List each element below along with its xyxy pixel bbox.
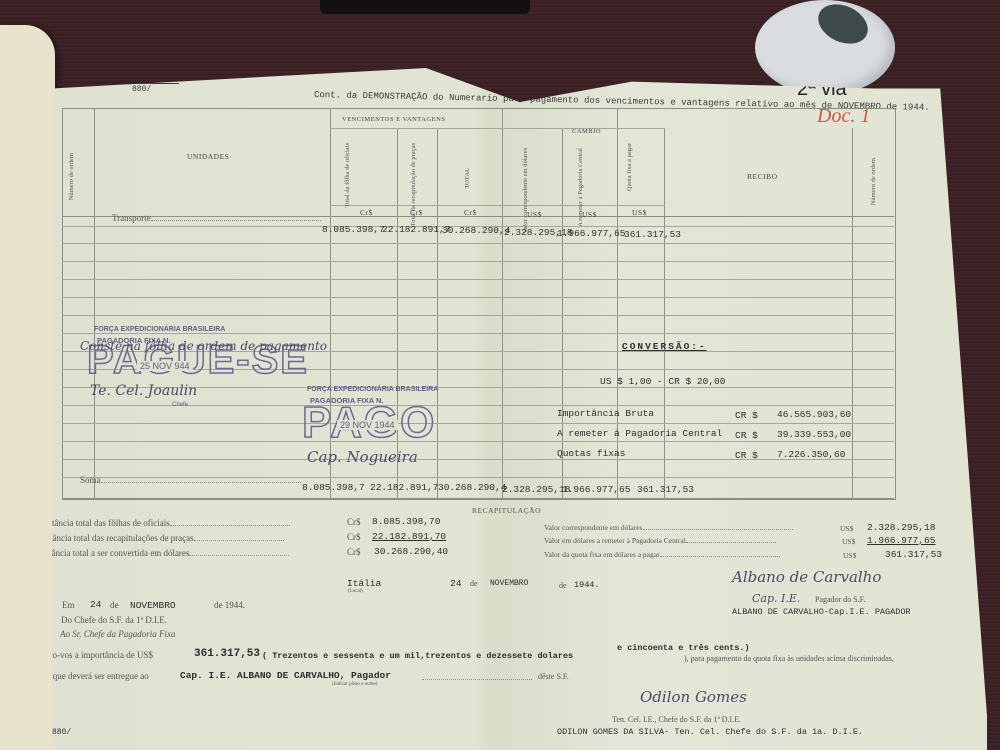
transporte-pracas: 22.182.891,7 [382, 224, 450, 235]
recap-left-1-cur: Cr$ [347, 532, 361, 542]
date-day: 24 [450, 578, 461, 589]
conv-label-0: Importância Bruta [557, 408, 654, 419]
paymaster-title-handwritten: Cap. I.E. [752, 592, 800, 605]
memo-dots [422, 672, 532, 682]
conversion-title: CONVERSÃO:- [622, 341, 707, 352]
conv-val-0: 46.565.903,60 [777, 409, 851, 420]
chief-name: ODILON GOMES DA SILVA- Ten. Cel. Chefe d… [557, 727, 863, 737]
col-header-numero: Número de ordem [68, 153, 75, 200]
memo-month: NOVEMBRO [130, 600, 176, 611]
conv-cur-1: CR $ [735, 430, 758, 441]
date-de: de [470, 579, 478, 588]
transporte-quota: 361.317,53 [624, 229, 681, 240]
stamp1-org: FORÇA EXPEDICIONÁRIA BRASILEIRA [94, 326, 225, 333]
unit-label: US$ [582, 210, 597, 219]
chief-title: Ten. Cel. I.E., Chefe do S.F. da 1ª D.I.… [612, 715, 741, 724]
conversion-rate: US $ 1,00 - CR $ 20,00 [600, 376, 725, 387]
document-page: S.T.J.M.F.F. 880/ Cont. da DEMONSTRAÇÃO … [52, 68, 987, 750]
memo-request-words-cont: e cincoenta e três cents.) [617, 643, 750, 653]
soma-label: Soma [80, 475, 301, 485]
memo-deliver-caption: (Indicar pôsto e nome) [332, 682, 377, 687]
recap-right-2-cur: US$ [843, 551, 856, 560]
memo-day: 24 [90, 599, 101, 610]
recap-left-2-cur: Cr$ [347, 547, 361, 557]
soma-pracas: 22.182.891,7 [370, 482, 438, 493]
group-header-vencimentos: VENCIMENTOS E VANTAGENS [342, 116, 445, 123]
memo-to: Ao Sr. Chefe da Pagadoria Fixa [60, 629, 176, 639]
memo-de: de [110, 600, 119, 610]
white-cup-object [755, 0, 895, 95]
unit-label: Cr$ [360, 208, 373, 217]
col-header-recibo: RECIBO [747, 172, 778, 181]
recap-right-1: Valor em dólares a remeter à Pagadoria C… [544, 536, 776, 545]
transporte-label: Transporte [112, 213, 321, 223]
stamp1-role: Chefe [172, 402, 188, 408]
col-header-total: TOTAL [464, 168, 471, 189]
paymaster-signature: Albano de Carvalho [732, 568, 881, 586]
unit-label: US$ [632, 208, 647, 217]
recap-right-1-value: 1.966.977,65 [867, 535, 935, 546]
conv-label-2: Quotas fixas [557, 448, 625, 459]
soma-total: 30.268.290,4 [438, 482, 506, 493]
conv-val-2: 7.226.350,60 [777, 449, 845, 460]
transporte-total: 30.268.290,4 [442, 225, 510, 236]
recap-title: RECAPITULAÇÃO [472, 506, 541, 515]
chief-signature: Odilon Gomes [640, 688, 747, 706]
paymaster-title: Pagador do S.F. [815, 595, 865, 604]
stamp2-date: 29 NOV 1944 [337, 420, 398, 430]
memo-request-amount: 361.317,53 [194, 648, 260, 660]
recap-right-2: Valor da quota fixa em dólares a pagar [544, 550, 780, 559]
place: Itália [347, 578, 381, 589]
footer-ref: 880/ [52, 728, 71, 737]
recap-right-0-cur: US$ [840, 524, 853, 533]
unit-label: US$ [527, 210, 542, 219]
place-caption: (Local) [348, 589, 363, 594]
stamp2-org: FORÇA EXPEDICIONÁRIA BRASILEIRA [307, 386, 438, 393]
transporte-remeter: 1.966.977,65 [557, 228, 625, 239]
memo-deliver-suffix: dêste S.F. [538, 672, 569, 681]
conv-label-1: A remeter à Pagadoria Central [557, 428, 722, 439]
soma-dolares: 2.328.295,18 [502, 484, 570, 495]
memo-from: Do Chefe do S.F. da 1ª D.I.E. [61, 615, 167, 625]
conv-cur-0: CR $ [735, 410, 758, 421]
stamp1-date: 25 NOV 944 [137, 361, 193, 371]
memo-request-words: ( Trezentos e sessenta e um mil,trezento… [262, 651, 573, 661]
paymaster-name: ALBANO DE CARVALHO-Cap.I.E. PAGADOR [732, 607, 911, 617]
memo-deliver-to: Cap. I.E. ALBANO DE CARVALHO, Pagador [180, 670, 391, 681]
recap-left-0: Importância total das fôlhas de oficiais [30, 518, 290, 528]
unit-label: Cr$ [410, 208, 423, 217]
col-header-total-oficiais: Total da fôlha de oficiais [344, 143, 351, 208]
col-header-numero-right: Número de ordem [870, 158, 877, 205]
recap-left-2-value: 30.268.290,40 [374, 546, 448, 557]
recap-right-0-value: 2.328.295,18 [867, 522, 935, 533]
date-de: de [559, 581, 567, 590]
memo-request-suffix: ), para pagamento da quota fixa às unida… [684, 654, 894, 663]
recap-right-2-value: 361.317,53 [885, 549, 942, 560]
recap-right-0: Valor correspondente em dólares [544, 523, 793, 532]
transporte-oficiais: 8.085.398,7 [322, 224, 385, 235]
group-header-cambio: CAMBIO [572, 128, 601, 135]
pen-object [320, 0, 530, 14]
recap-left-1: Importância total das recapitulações de … [28, 533, 284, 543]
memo-em: Em [62, 600, 75, 610]
soma-remeter: 1.966.977,65 [562, 484, 630, 495]
conv-val-1: 39.339.553,00 [777, 429, 851, 440]
memo-year: de 1944. [214, 600, 245, 610]
left-book-page [0, 25, 55, 750]
date-month: NOVEMBRO [490, 579, 528, 588]
conv-cur-2: CR $ [735, 450, 758, 461]
stamp1-signature: Te. Cel. Joaulin [90, 383, 197, 399]
stamp1-handwritten: Conste na fôlha de ordem de pagamento [80, 339, 327, 353]
recap-right-1-cur: US$ [842, 537, 855, 546]
stamp2-signature: Cap. Nogueira [307, 448, 418, 466]
header-ref: 880/ [132, 85, 151, 94]
soma-oficiais: 8.085.398,7 [302, 482, 365, 493]
soma-quota: 361.317,53 [637, 484, 694, 495]
recap-left-1-value: 22.182.891,70 [372, 531, 446, 542]
col-header-quota-fixa: Quota fixa a pagar [626, 143, 633, 191]
unit-label: Cr$ [464, 208, 477, 217]
recap-left-2: Importância total a ser convertida em dó… [27, 548, 289, 558]
recap-left-0-value: 8.085.398,70 [372, 516, 440, 527]
col-header-unidades: UNIDADES [187, 152, 229, 161]
recap-left-0-cur: Cr$ [347, 517, 361, 527]
col-header-valor-dolares: Valor correspondente em dólares [522, 148, 529, 233]
date-year: 1944. [574, 580, 600, 590]
